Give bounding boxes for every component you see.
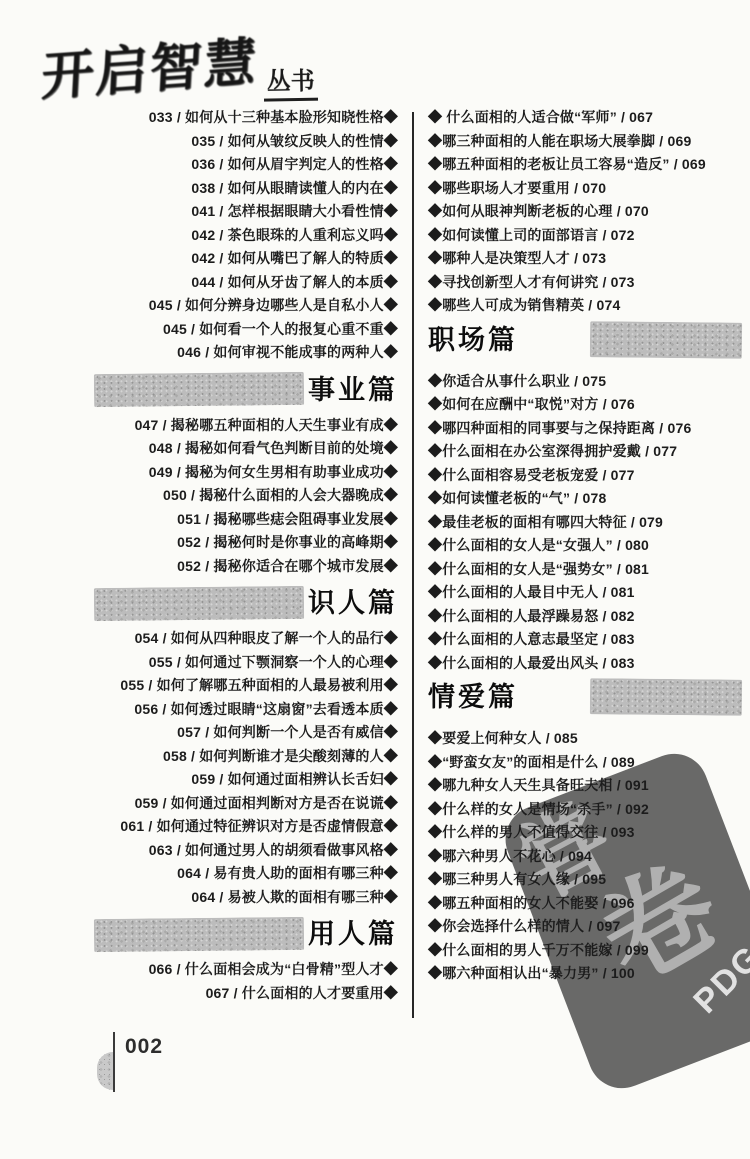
toc-item: 067 / 什么面相的人才要重用◆ — [94, 982, 398, 1006]
toc-item: 055 / 如何通过下颚洞察一个人的心理◆ — [94, 651, 398, 675]
toc-item: 050 / 揭秘什么面相的人会大器晚成◆ — [94, 484, 398, 508]
toc-item: ◆你会选择什么样的情人 / 097 — [428, 915, 742, 939]
toc-item: 059 / 如何通过面相辨认长舌妇◆ — [94, 768, 398, 792]
toc-item: ◆寻找创新型人才有何讲究 / 073 — [428, 271, 742, 295]
toc-item: ◆什么面相的人最爱出风头 / 083 — [428, 652, 742, 676]
toc-item: 055 / 如何了解哪五种面相的人最易被利用◆ — [94, 674, 398, 698]
toc-item: ◆如何读懂上司的面部语言 / 072 — [428, 224, 742, 248]
toc-item: 041 / 怎样根据眼睛大小看性情◆ — [94, 200, 398, 224]
toc-item: ◆要爱上何种女人 / 085 — [428, 727, 742, 751]
toc-item: ◆“野蛮女友”的面相是什么 / 089 — [428, 751, 742, 775]
toc-item: 042 / 茶色眼珠的人重利忘义吗◆ — [94, 224, 398, 248]
section-title: 用人篇 — [308, 916, 398, 952]
toc-item: ◆哪五种面相的女人不能娶 / 096 — [428, 892, 742, 916]
toc-item: 042 / 如何从嘴巴了解人的特质◆ — [94, 247, 398, 271]
section-title: 情爱篇 — [428, 679, 518, 715]
toc-item: 057 / 如何判断一个人是否有威信◆ — [94, 721, 398, 745]
series-logo-calligraphy: 开启智慧 — [40, 19, 260, 109]
ink-smudge-decoration — [94, 585, 304, 620]
ink-smudge-decoration — [94, 916, 304, 951]
toc-item: ◆哪四种面相的同事要与之保持距离 / 076 — [428, 417, 742, 441]
toc-item: ◆ 什么面相的人适合做“军师” / 067 — [428, 106, 742, 130]
toc-item: ◆哪种人是决策型人才 / 073 — [428, 247, 742, 271]
toc-item: 045 / 如何分辨身边哪些人是自私小人◆ — [94, 294, 398, 318]
toc-item: 035 / 如何从皱纹反映人的性情◆ — [94, 130, 398, 154]
toc-item: 038 / 如何从眼睛读懂人的内在◆ — [94, 177, 398, 201]
toc-item: 064 / 易被人欺的面相有哪三种◆ — [94, 886, 398, 910]
toc-item: ◆什么面相的女人是“强势女” / 081 — [428, 558, 742, 582]
toc-item: ◆哪五种面相的老板让员工容易“造反” / 069 — [428, 153, 742, 177]
toc-item: ◆如何在应酬中“取悦”对方 / 076 — [428, 393, 742, 417]
toc-item: 046 / 如何审视不能成事的两种人◆ — [94, 341, 398, 365]
toc-item: 051 / 揭秘哪些痣会阻碍事业发展◆ — [94, 508, 398, 532]
toc-item: ◆什么面相的人意志最坚定 / 083 — [428, 628, 742, 652]
scanned-book-page: 开启智慧丛书 甞 卷 PDG 033 / 如何从十三种基本脸形知晓性格◆035 … — [0, 0, 750, 1159]
toc-item: ◆哪六种面相认出“暴力男” / 100 — [428, 962, 742, 986]
toc-item: 066 / 什么面相会成为“白骨精”型人才◆ — [94, 958, 398, 982]
toc-item: 052 / 揭秘何时是你事业的高峰期◆ — [94, 531, 398, 555]
toc-item: ◆最佳老板的面相有哪四大特征 / 079 — [428, 511, 742, 535]
column-divider-rule — [412, 112, 414, 1018]
toc-item: ◆如何读懂老板的“气” / 078 — [428, 487, 742, 511]
toc-item: 064 / 易有贵人助的面相有哪三种◆ — [94, 862, 398, 886]
toc-item: ◆什么面相的女人是“女强人” / 080 — [428, 534, 742, 558]
section-header: 用人篇 — [94, 916, 398, 952]
series-logo-suffix: 丛书 — [263, 61, 318, 102]
toc-item: ◆哪三种面相的人能在职场大展拳脚 / 069 — [428, 130, 742, 154]
toc-item: ◆什么样的女人是情场“杀手” / 092 — [428, 798, 742, 822]
toc-item: 047 / 揭秘哪五种面相的人天生事业有成◆ — [94, 414, 398, 438]
section-header: 识人篇 — [94, 585, 398, 621]
toc-item: ◆哪些职场人才要重用 / 070 — [428, 177, 742, 201]
toc-item: 058 / 如何判断谁才是尖酸刻薄的人◆ — [94, 745, 398, 769]
toc-item: ◆什么面相在办公室深得拥护爱戴 / 077 — [428, 440, 742, 464]
page-number: 002 — [125, 1035, 163, 1059]
toc-item: 063 / 如何通过男人的胡须看做事风格◆ — [94, 839, 398, 863]
toc-item: ◆哪六种男人不花心 / 094 — [428, 845, 742, 869]
toc-item: ◆哪九种女人天生具备旺夫相 / 091 — [428, 774, 742, 798]
ink-smudge-decoration — [590, 678, 742, 716]
section-title: 识人篇 — [308, 585, 398, 621]
toc-item: ◆什么面相容易受老板宠爱 / 077 — [428, 464, 742, 488]
toc-item: ◆什么面相的人最浮躁易怒 / 082 — [428, 605, 742, 629]
toc-item: 036 / 如何从眉宇判定人的性格◆ — [94, 153, 398, 177]
toc-right-column: ◆ 什么面相的人适合做“军师” / 067◆哪三种面相的人能在职场大展拳脚 / … — [428, 106, 742, 986]
toc-item: 049 / 揭秘为何女生男相有助事业成功◆ — [94, 461, 398, 485]
toc-item: ◆你适合从事什么职业 / 075 — [428, 370, 742, 394]
toc-item: 044 / 如何从牙齿了解人的本质◆ — [94, 271, 398, 295]
toc-item: 052 / 揭秘你适合在哪个城市发展◆ — [94, 555, 398, 579]
series-logo: 开启智慧丛书 — [41, 21, 318, 106]
toc-item: ◆哪些人可成为销售精英 / 074 — [428, 294, 742, 318]
toc-item: 048 / 揭秘如何看气色判断目前的处境◆ — [94, 437, 398, 461]
toc-item: 045 / 如何看一个人的报复心重不重◆ — [94, 318, 398, 342]
toc-item: 033 / 如何从十三种基本脸形知晓性格◆ — [94, 106, 398, 130]
toc-left-column: 033 / 如何从十三种基本脸形知晓性格◆035 / 如何从皱纹反映人的性情◆0… — [94, 106, 398, 1005]
toc-item: ◆如何从眼神判断老板的心理 / 070 — [428, 200, 742, 224]
section-header: 情爱篇 — [428, 679, 742, 715]
section-title: 职场篇 — [428, 322, 518, 358]
toc-item: ◆什么样的男人不值得交往 / 093 — [428, 821, 742, 845]
toc-item: 056 / 如何透过眼睛“这扇窗”去看透本质◆ — [94, 698, 398, 722]
footer-rule — [113, 1032, 115, 1092]
ink-smudge-decoration — [94, 372, 304, 407]
section-header: 事业篇 — [94, 372, 398, 408]
toc-item: ◆什么面相的人最目中无人 / 081 — [428, 581, 742, 605]
section-header: 职场篇 — [428, 322, 742, 358]
footer-halfcircle-mark — [97, 1052, 113, 1090]
toc-item: 054 / 如何从四种眼皮了解一个人的品行◆ — [94, 627, 398, 651]
toc-item: 061 / 如何通过特征辨识对方是否虚情假意◆ — [94, 815, 398, 839]
section-title: 事业篇 — [308, 372, 398, 408]
toc-item: ◆哪三种男人有女人缘 / 095 — [428, 868, 742, 892]
toc-item: ◆什么面相的男人千万不能嫁 / 099 — [428, 939, 742, 963]
toc-item: 059 / 如何通过面相判断对方是否在说谎◆ — [94, 792, 398, 816]
ink-smudge-decoration — [590, 321, 742, 359]
